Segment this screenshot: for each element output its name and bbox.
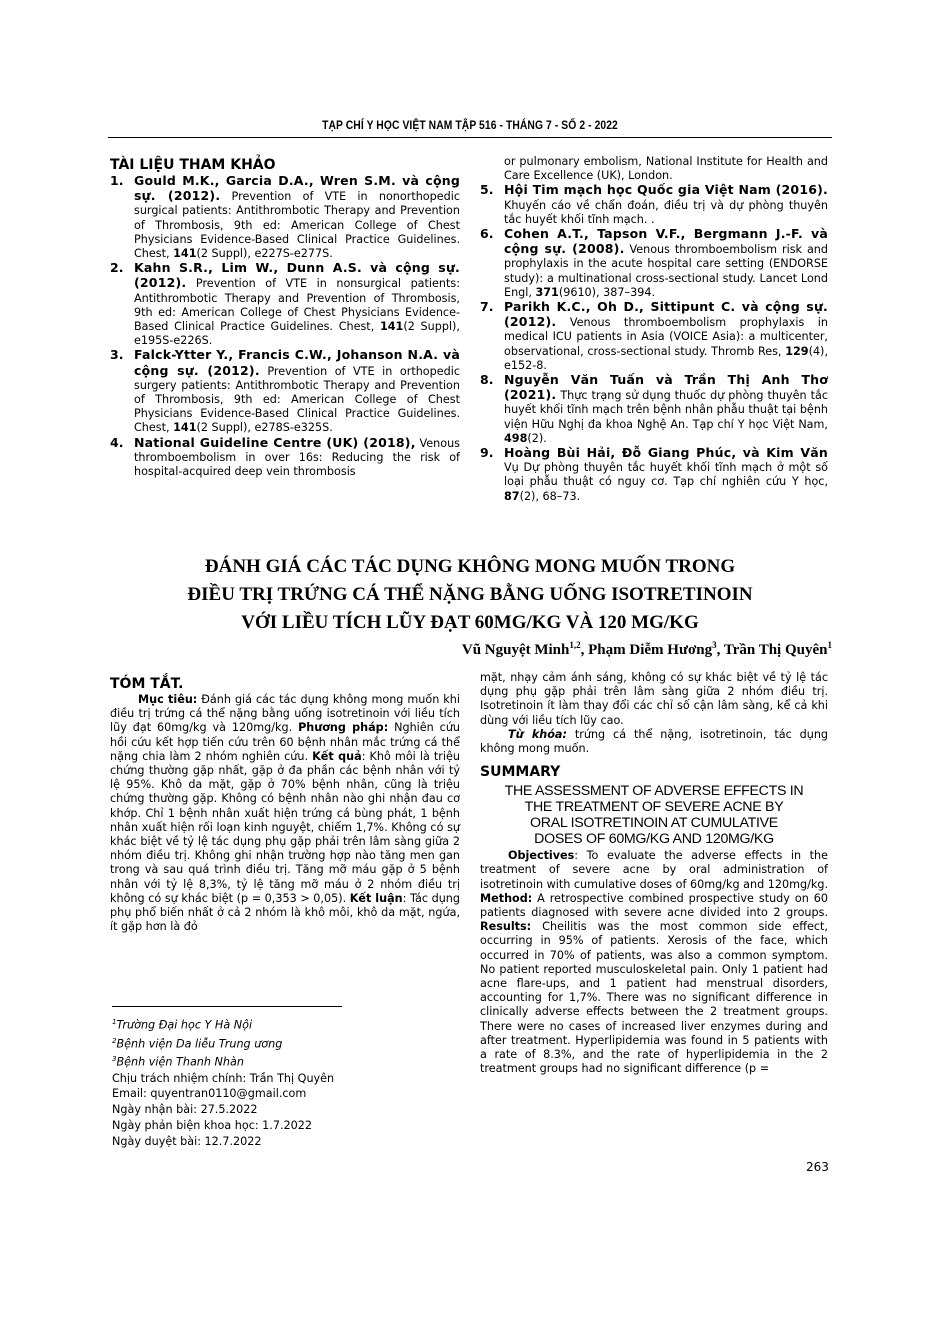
- reference-item: 2.Kahn S.R., Lim W., Dunn A.S. và cộng s…: [110, 261, 460, 348]
- reference-number: 6.: [480, 227, 493, 241]
- references-right-column: or pulmonary embolism, National Institut…: [480, 155, 828, 504]
- reference-issue: (2 Suppl): [196, 247, 247, 260]
- reference-item: 9.Hoàng Bùi Hải, Đỗ Giang Phúc, và Kim V…: [480, 446, 828, 504]
- reference-number: 9.: [480, 446, 493, 460]
- method-label-en: Method:: [480, 892, 532, 905]
- affiliation: 3Bệnh viện Thanh Nhàn: [112, 1052, 334, 1071]
- email: Email: quyentran0110@gmail.com: [112, 1086, 334, 1102]
- reference-number: 3.: [110, 348, 123, 362]
- abstract-vi-left: TÓM TẮT. Mục tiêu: Đánh giá các tác dụng…: [110, 676, 460, 934]
- objectives-label: Objectives: [508, 849, 574, 862]
- reference-number: 7.: [480, 300, 493, 314]
- summary-heading: SUMMARY: [480, 764, 828, 781]
- english-title-line: THE TREATMENT OF SEVERE ACNE BY: [480, 799, 828, 815]
- footnote-rule: [112, 1006, 342, 1007]
- results-text-en: Cheilitis was the most common side effec…: [480, 920, 828, 1075]
- affiliation: 1Trường Đại học Y Hà Nội: [112, 1015, 334, 1034]
- reference-issue: (2): [527, 432, 543, 445]
- author-separator: ,: [717, 642, 724, 658]
- abstract-en-body: Objectives: To evaluate the adverse effe…: [480, 849, 828, 1076]
- header-rule: [108, 137, 832, 138]
- reference-item: 6.Cohen A.T., Tapson V.F., Bergmann J.-F…: [480, 227, 828, 300]
- method-text-en: A retrospective combined prospective stu…: [480, 892, 828, 919]
- reference-item: 7.Parikh K.C., Oh D., Sittipunt C. và cộ…: [480, 300, 828, 373]
- english-title-line: DOSES OF 60MG/KG AND 120MG/KG: [480, 831, 828, 847]
- author-name: Phạm Diễm Hương: [588, 642, 712, 658]
- author-name: Vũ Nguyệt Minh: [462, 642, 570, 658]
- reference-text: Khuyến cáo về chẩn đoán, điều trị và dự …: [504, 199, 828, 226]
- english-title-line: THE ASSESSMENT OF ADVERSE EFFECTS IN: [480, 783, 828, 799]
- results-label-en: Results:: [480, 920, 531, 933]
- abstract-vi-body: Mục tiêu: Đánh giá các tác dụng không mo…: [110, 693, 460, 934]
- footnotes: 1Trường Đại học Y Hà Nội 2Bệnh viện Da l…: [112, 1015, 334, 1150]
- reference-volume: 87: [504, 490, 520, 503]
- keywords: Từ khóa: trứng cá thể nặng, isotretinoin…: [480, 728, 828, 756]
- reference-pages: .: [543, 432, 547, 445]
- conclusion-continuation: mặt, nhạy cảm ánh sáng, không có sự khác…: [480, 671, 828, 728]
- reference-pages: , e278S-e325S.: [247, 421, 332, 434]
- reference-pages: , 387–394.: [596, 286, 655, 299]
- references-left-column: TÀI LIỆU THAM KHẢO 1.Gould M.K., Garcia …: [110, 157, 460, 479]
- reference-issue: (9610): [559, 286, 596, 299]
- abstract-right-column: mặt, nhạy cảm ánh sáng, không có sự khác…: [480, 671, 828, 1076]
- article-title: ĐÁNH GIÁ CÁC TÁC DỤNG KHÔNG MONG MUỐN TR…: [112, 553, 828, 637]
- reference-issue: (2 Suppl): [403, 320, 456, 333]
- affiliation-text: Bệnh viện Da liễu Trung ương: [116, 1037, 282, 1050]
- author-affiliation-sup: 1: [828, 640, 833, 650]
- reference-issue: (4): [809, 345, 825, 358]
- english-title: THE ASSESSMENT OF ADVERSE EFFECTS IN THE…: [480, 783, 828, 847]
- keywords-label: Từ khóa:: [508, 728, 567, 741]
- reference-pages: , 68–73.: [535, 490, 580, 503]
- reference-authors: Hoàng Bùi Hải, Đỗ Giang Phúc, và Kim Văn: [504, 445, 828, 460]
- reference-pages: , e227S-e277S.: [247, 247, 332, 260]
- method-label: Phương pháp:: [298, 721, 388, 734]
- accepted-date: Ngày duyệt bài: 12.7.2022: [112, 1134, 334, 1150]
- reference-authors: National Guideline Centre (UK) (2018),: [134, 435, 416, 450]
- reference-volume: 141: [173, 421, 196, 434]
- page-number: 263: [806, 1160, 829, 1174]
- reference-issue: (2): [520, 490, 536, 503]
- reference-item: 1.Gould M.K., Garcia D.A., Wren S.M. và …: [110, 174, 460, 261]
- reference-volume: 141: [380, 320, 403, 333]
- corresponding-author: Chịu trách nhiệm chính: Trần Thị Quyên: [112, 1071, 334, 1087]
- affiliation-text: Bệnh viện Thanh Nhàn: [116, 1056, 243, 1069]
- reference-volume: 498: [504, 432, 527, 445]
- references-heading: TÀI LIỆU THAM KHẢO: [110, 157, 460, 174]
- affiliation-text: Trường Đại học Y Hà Nội: [116, 1019, 252, 1032]
- reference-number: 8.: [480, 373, 493, 387]
- review-date: Ngày phản biện khoa học: 1.7.2022: [112, 1118, 334, 1134]
- received-date: Ngày nhận bài: 27.5.2022: [112, 1102, 334, 1118]
- reference-item: 3.Falck-Ytter Y., Francis C.W., Johanson…: [110, 348, 460, 435]
- reference-number: 1.: [110, 174, 123, 188]
- author-affiliation-sup: 1,2: [569, 640, 580, 650]
- english-title-line: ORAL ISOTRETINOIN AT CUMULATIVE: [480, 815, 828, 831]
- objective-label: Mục tiêu:: [138, 693, 197, 706]
- reference-item: 5.Hội Tim mạch học Quốc gia Việt Nam (20…: [480, 183, 828, 227]
- reference-volume: 141: [173, 247, 196, 260]
- author-list: Vũ Nguyệt Minh1,2, Phạm Diễm Hương3, Trầ…: [462, 640, 832, 659]
- title-line: ĐIỀU TRỊ TRỨNG CÁ THỂ NẶNG BẰNG UỐNG ISO…: [112, 581, 828, 609]
- author-separator: ,: [581, 642, 589, 658]
- reference-number: 5.: [480, 183, 493, 197]
- results-label: Kết quả: [312, 750, 362, 763]
- journal-header: TẠP CHÍ Y HỌC VIỆT NAM TẬP 516 - THÁNG 7…: [162, 118, 778, 132]
- reference-continuation: or pulmonary embolism, National Institut…: [480, 155, 828, 183]
- author-name: Trần Thị Quyên: [724, 642, 828, 658]
- reference-volume: 371: [535, 286, 558, 299]
- reference-number: 4.: [110, 436, 123, 450]
- reference-number: 2.: [110, 261, 123, 275]
- reference-item: 8.Nguyễn Văn Tuấn và Trần Thị Anh Thơ (2…: [480, 373, 828, 446]
- reference-issue: (2 Suppl): [196, 421, 247, 434]
- reference-volume: 129: [785, 345, 808, 358]
- reference-text: Vụ Dự phòng thuyên tắc huyết khối tĩnh m…: [504, 461, 828, 488]
- reference-item: 4.National Guideline Centre (UK) (2018),…: [110, 436, 460, 480]
- title-line: VỚI LIỀU TÍCH LŨY ĐẠT 60MG/KG VÀ 120 MG/…: [112, 609, 828, 637]
- reference-authors: Hội Tim mạch học Quốc gia Việt Nam (2016…: [504, 182, 828, 197]
- affiliation: 2Bệnh viện Da liễu Trung ương: [112, 1034, 334, 1053]
- abstract-vi-heading: TÓM TẮT.: [110, 676, 460, 693]
- title-line: ĐÁNH GIÁ CÁC TÁC DỤNG KHÔNG MONG MUỐN TR…: [112, 553, 828, 581]
- conclusion-label: Kết luận: [350, 892, 403, 905]
- results-text: : Khô môi là triệu chứng thường gặp nhất…: [110, 750, 460, 905]
